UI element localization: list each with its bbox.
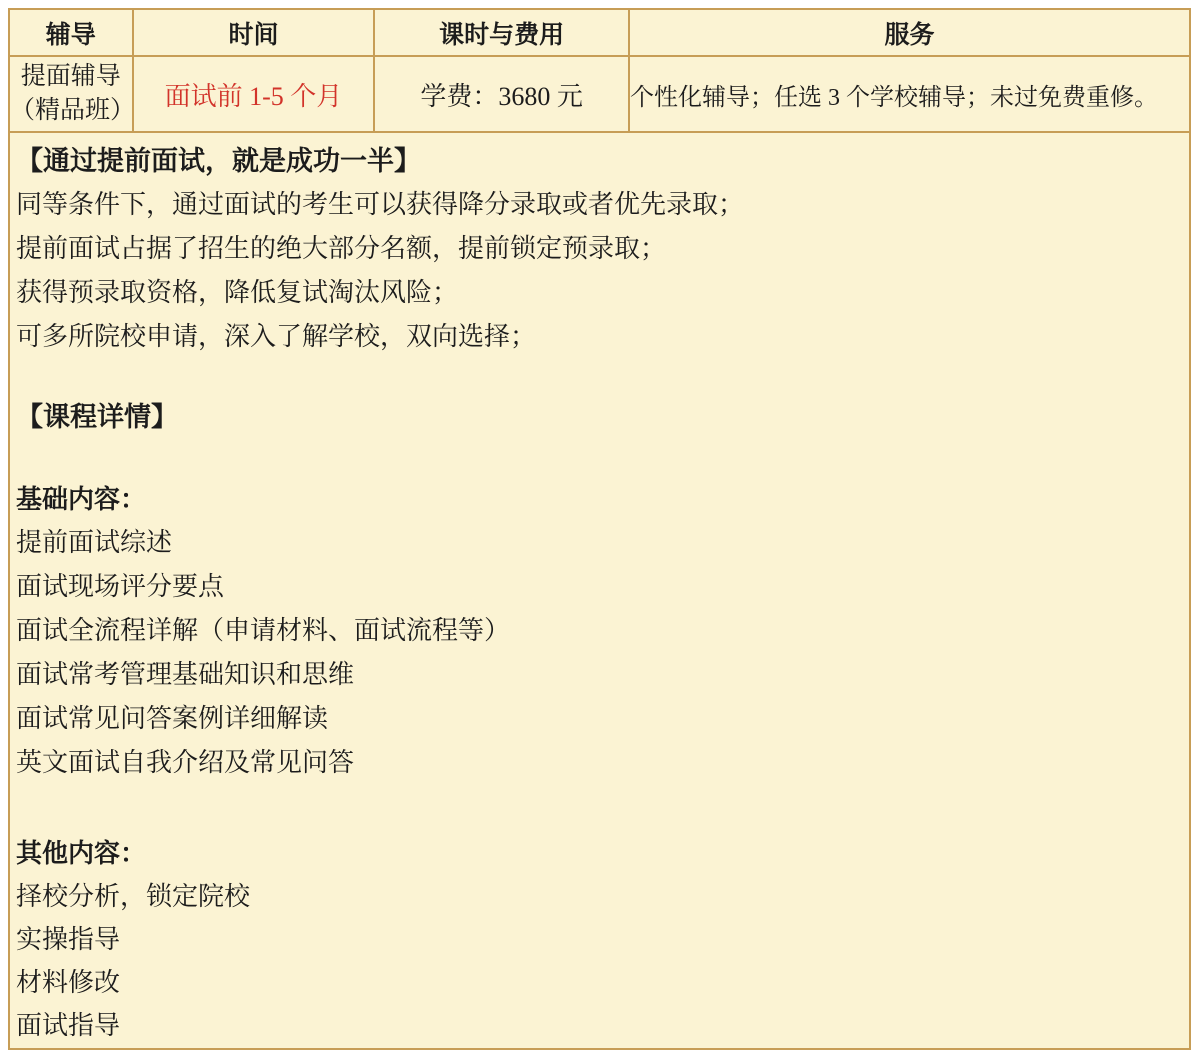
basic-content-item: 面试常考管理基础知识和思维	[16, 653, 1183, 697]
course-details-title: 【课程详情】	[16, 395, 1183, 439]
cell-fee: 学费：3680 元	[374, 56, 629, 132]
course-info-sheet: 辅导 时间 课时与费用 服务 提面辅导 （精品班） 面试前 1-5 个月 学费：…	[8, 8, 1191, 1050]
intro-title: 【通过提前面试，就是成功一半】	[16, 139, 1183, 183]
course-description: 【通过提前面试，就是成功一半】 同等条件下，通过面试的考生可以获得降分录取或者优…	[10, 139, 1189, 1047]
cell-service: 个性化辅导；任选 3 个学校辅导；未过免费重修。	[629, 56, 1189, 132]
other-content-title: 其他内容：	[16, 831, 1183, 875]
basic-content-title: 基础内容：	[16, 477, 1183, 521]
other-content-item: 面试指导	[16, 1004, 1183, 1047]
intro-benefit-line: 可多所院校申请，深入了解学校，双向选择；	[16, 315, 1183, 359]
intro-benefit-line: 同等条件下，通过面试的考生可以获得降分录取或者优先录取；	[16, 183, 1183, 227]
intro-benefit-line: 获得预录取资格，降低复试淘汰风险；	[16, 271, 1183, 315]
table-header-row: 辅导 时间 课时与费用 服务	[10, 10, 1189, 56]
other-content-item: 择校分析，锁定院校	[16, 875, 1183, 918]
cell-time: 面试前 1-5 个月	[133, 56, 375, 132]
other-content-item: 实操指导	[16, 918, 1183, 961]
basic-content-item: 面试常见问答案例详细解读	[16, 697, 1183, 741]
cell-coaching-name: 提面辅导 （精品班）	[10, 56, 133, 132]
col-header-coaching: 辅导	[10, 10, 133, 56]
other-content-list: 择校分析，锁定院校 实操指导 材料修改 面试指导	[16, 875, 1183, 1047]
intro-benefit-line: 提前面试占据了招生的绝大部分名额，提前锁定预录取；	[16, 227, 1183, 271]
basic-content-item: 提前面试综述	[16, 521, 1183, 565]
coaching-name-line1: 提面辅导	[10, 60, 132, 94]
table-row: 提面辅导 （精品班） 面试前 1-5 个月 学费：3680 元 个性化辅导；任选…	[10, 56, 1189, 132]
basic-content-list: 提前面试综述 面试现场评分要点 面试全流程详解（申请材料、面试流程等） 面试常考…	[16, 521, 1183, 785]
col-header-time: 时间	[133, 10, 375, 56]
col-header-service: 服务	[629, 10, 1189, 56]
basic-content-item: 英文面试自我介绍及常见问答	[16, 741, 1183, 785]
other-content-item: 材料修改	[16, 961, 1183, 1004]
col-header-fee: 课时与费用	[374, 10, 629, 56]
basic-content-item: 面试全流程详解（申请材料、面试流程等）	[16, 609, 1183, 653]
basic-content-item: 面试现场评分要点	[16, 565, 1183, 609]
course-table: 辅导 时间 课时与费用 服务 提面辅导 （精品班） 面试前 1-5 个月 学费：…	[10, 10, 1189, 133]
coaching-name-line2: （精品班）	[10, 94, 132, 128]
